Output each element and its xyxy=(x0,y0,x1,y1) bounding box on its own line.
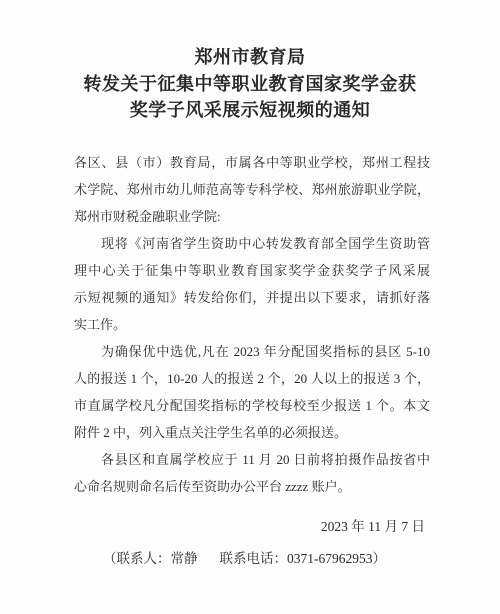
body-line-forward: 理中心关于征集中等职业教育国家奖学金获奖学子风采展 xyxy=(74,257,430,284)
body-line-quota: 为确保优中选优,凡在 2023 年分配国奖指标的县区 5-10 xyxy=(74,338,430,365)
body-line-deadline: 心命名规则命名后传至资助办公平台 zzzz 账户。 xyxy=(74,473,430,500)
document-body: 各区、县（市）教育局，市属各中等职业学校，郑州工程技 术学院、郑州市幼儿师范高等… xyxy=(74,149,430,500)
contact-line: （联系人：常静联系电话：0371-67962953） xyxy=(103,549,386,569)
title-line: 转发关于征集中等职业教育国家奖学金获 xyxy=(20,71,480,98)
body-line-forward: 示短视频的通知》转发给你们，并提出以下要求，请抓好落 xyxy=(74,284,430,311)
body-line-quota: 人的报送 1 个，10-20 人的报送 2 个，20 人以上的报送 3 个， xyxy=(74,365,430,392)
document-date: 2023 年 11 月 7 日 xyxy=(321,517,425,537)
body-line-quota: 市直属学校凡分配国奖指标的学校每校至少报送 1 个。本文 xyxy=(74,392,430,419)
body-line-quota: 附件 2 中，列入重点关注学生名单的必须报送。 xyxy=(74,419,430,446)
body-line-recipients: 术学院、郑州市幼儿师范高等专科学校、郑州旅游职业学院， xyxy=(74,176,430,203)
contact-phone: 联系电话：0371-67962953） xyxy=(220,551,387,566)
body-line-recipients: 各区、县（市）教育局，市属各中等职业学校，郑州工程技 xyxy=(74,149,430,176)
document-title: 郑州市教育局 转发关于征集中等职业教育国家奖学金获 奖学子风采展示短视频的通知 xyxy=(20,44,480,124)
contact-person: （联系人：常静 xyxy=(103,551,198,566)
notice-document-page: 郑州市教育局 转发关于征集中等职业教育国家奖学金获 奖学子风采展示短视频的通知 … xyxy=(0,0,500,614)
body-line-recipients: 郑州市财税金融职业学院: xyxy=(74,203,430,230)
body-line-forward: 现将《河南省学生资助中心转发教育部全国学生资助管 xyxy=(74,230,430,257)
title-line: 奖学子风采展示短视频的通知 xyxy=(20,97,480,124)
body-line-forward: 实工作。 xyxy=(74,311,430,338)
body-line-deadline: 各县区和直属学校应于 11 月 20 日前将拍摄作品按省中 xyxy=(74,446,430,473)
title-line: 郑州市教育局 xyxy=(20,44,480,71)
